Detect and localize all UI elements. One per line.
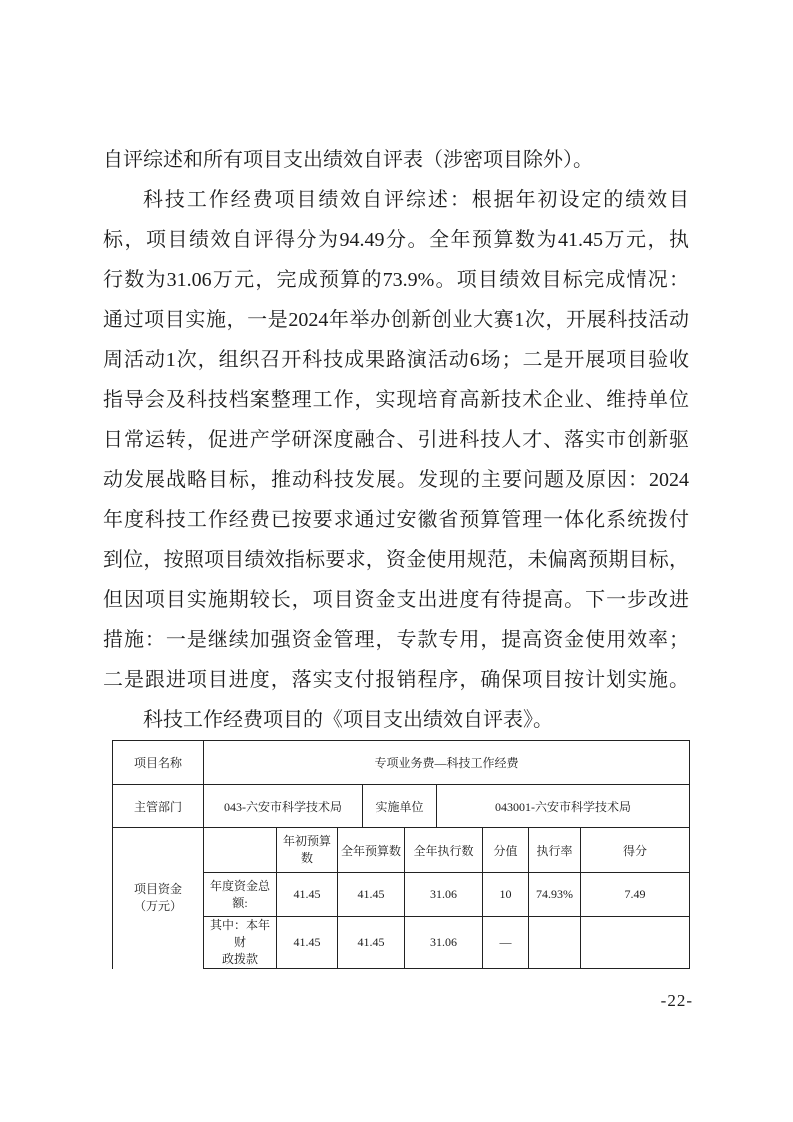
body-text: 自评综述和所有项目支出绩效自评表（涉密项目除外）。 科技工作经费项目绩效自评综述… [103,140,689,740]
header-points: 分值 [483,828,529,873]
project-name-value-cell: 专项业务费—科技工作经费 [204,741,690,785]
paragraph-line: 措施：一是继续加强资金管理，专款专用，提高资金使用效率； [103,620,689,660]
paragraph-line: 自评综述和所有项目支出绩效自评表（涉密项目除外）。 [103,140,689,180]
annual-total-label-cell: 年度资金总 额: [204,873,277,917]
paragraph-line: 日常运转，促进产学研深度融合、引进科技人才、落实市创新驱 [103,420,689,460]
fiscal-allocation-executed: 31.06 [405,917,483,969]
paragraph-line: 年度科技工作经费已按要求通过安徽省预算管理一体化系统拨付 [103,500,689,540]
document-page: 自评综述和所有项目支出绩效自评表（涉密项目除外）。 科技工作经费项目绩效自评综述… [0,0,793,1122]
fiscal-allocation-points: — [483,917,529,969]
paragraph-line: 标，项目绩效自评得分为94.49分。全年预算数为41.45万元，执 [103,220,689,260]
table-caption-line: 科技工作经费项目的《项目支出绩效自评表》。 [103,700,689,740]
fiscal-allocation-execution-rate [529,917,581,969]
paragraph-line: 周活动1次，组织召开科技成果路演活动6场；二是开展项目验收 [103,340,689,380]
implementing-unit-value-cell: 043001-六安市科学技术局 [437,785,690,828]
project-funds-label-cell: 项目资金 （万元） [113,828,204,969]
header-execution-rate: 执行率 [529,828,581,873]
paragraph-line: 行数为31.06万元，完成预算的73.9%。项目绩效目标完成情况： [103,260,689,300]
table-header-section: 项目名称 专项业务费—科技工作经费 主管部门 043-六安市科学技术局 实施单位… [112,740,690,828]
page-number: -22- [661,991,693,1011]
annual-total-score: 7.49 [581,873,690,917]
implementing-unit-label-cell: 实施单位 [363,785,437,828]
annual-total-points: 10 [483,873,529,917]
paragraph-line: 到位，按照项目绩效指标要求，资金使用规范，未偏离预期目标， [103,540,689,580]
header-score: 得分 [581,828,690,873]
annual-total-annual-budget: 41.45 [338,873,405,917]
annual-total-executed: 31.06 [405,873,483,917]
funds-blank-cell [204,828,277,873]
annual-total-execution-rate: 74.93% [529,873,581,917]
header-annual-execution: 全年执行数 [405,828,483,873]
self-evaluation-table: 项目名称 专项业务费—科技工作经费 主管部门 043-六安市科学技术局 实施单位… [112,740,689,969]
header-annual-budget: 全年预算数 [338,828,405,873]
header-initial-budget: 年初预算 数 [277,828,338,873]
project-name-label-cell: 项目名称 [113,741,204,785]
paragraph-line: 动发展战略目标，推动科技发展。发现的主要问题及原因：2024 [103,460,689,500]
competent-department-label-cell: 主管部门 [113,785,204,828]
paragraph-line: 但因项目实施期较长，项目资金支出进度有待提高。下一步改进 [103,580,689,620]
paragraph-line: 通过项目实施，一是2024年举办创新创业大赛1次，开展科技活动 [103,300,689,340]
fiscal-allocation-initial-budget: 41.45 [277,917,338,969]
fiscal-allocation-annual-budget: 41.45 [338,917,405,969]
paragraph-line: 指导会及科技档案整理工作，实现培育高新技术企业、维持单位 [103,380,689,420]
project-funds-section: 项目资金 （万元） 年初预算 数 全年预算数 全年执行数 分值 执行率 得分 年… [112,827,690,969]
competent-department-value-cell: 043-六安市科学技术局 [204,785,363,828]
fiscal-allocation-label-cell: 其中：本年财 政拨款 [204,917,277,969]
annual-total-initial-budget: 41.45 [277,873,338,917]
fiscal-allocation-score [581,917,690,969]
paragraph-line: 二是跟进项目进度，落实支付报销程序，确保项目按计划实施。 [103,660,689,700]
paragraph-line: 科技工作经费项目绩效自评综述：根据年初设定的绩效目 [103,180,689,220]
